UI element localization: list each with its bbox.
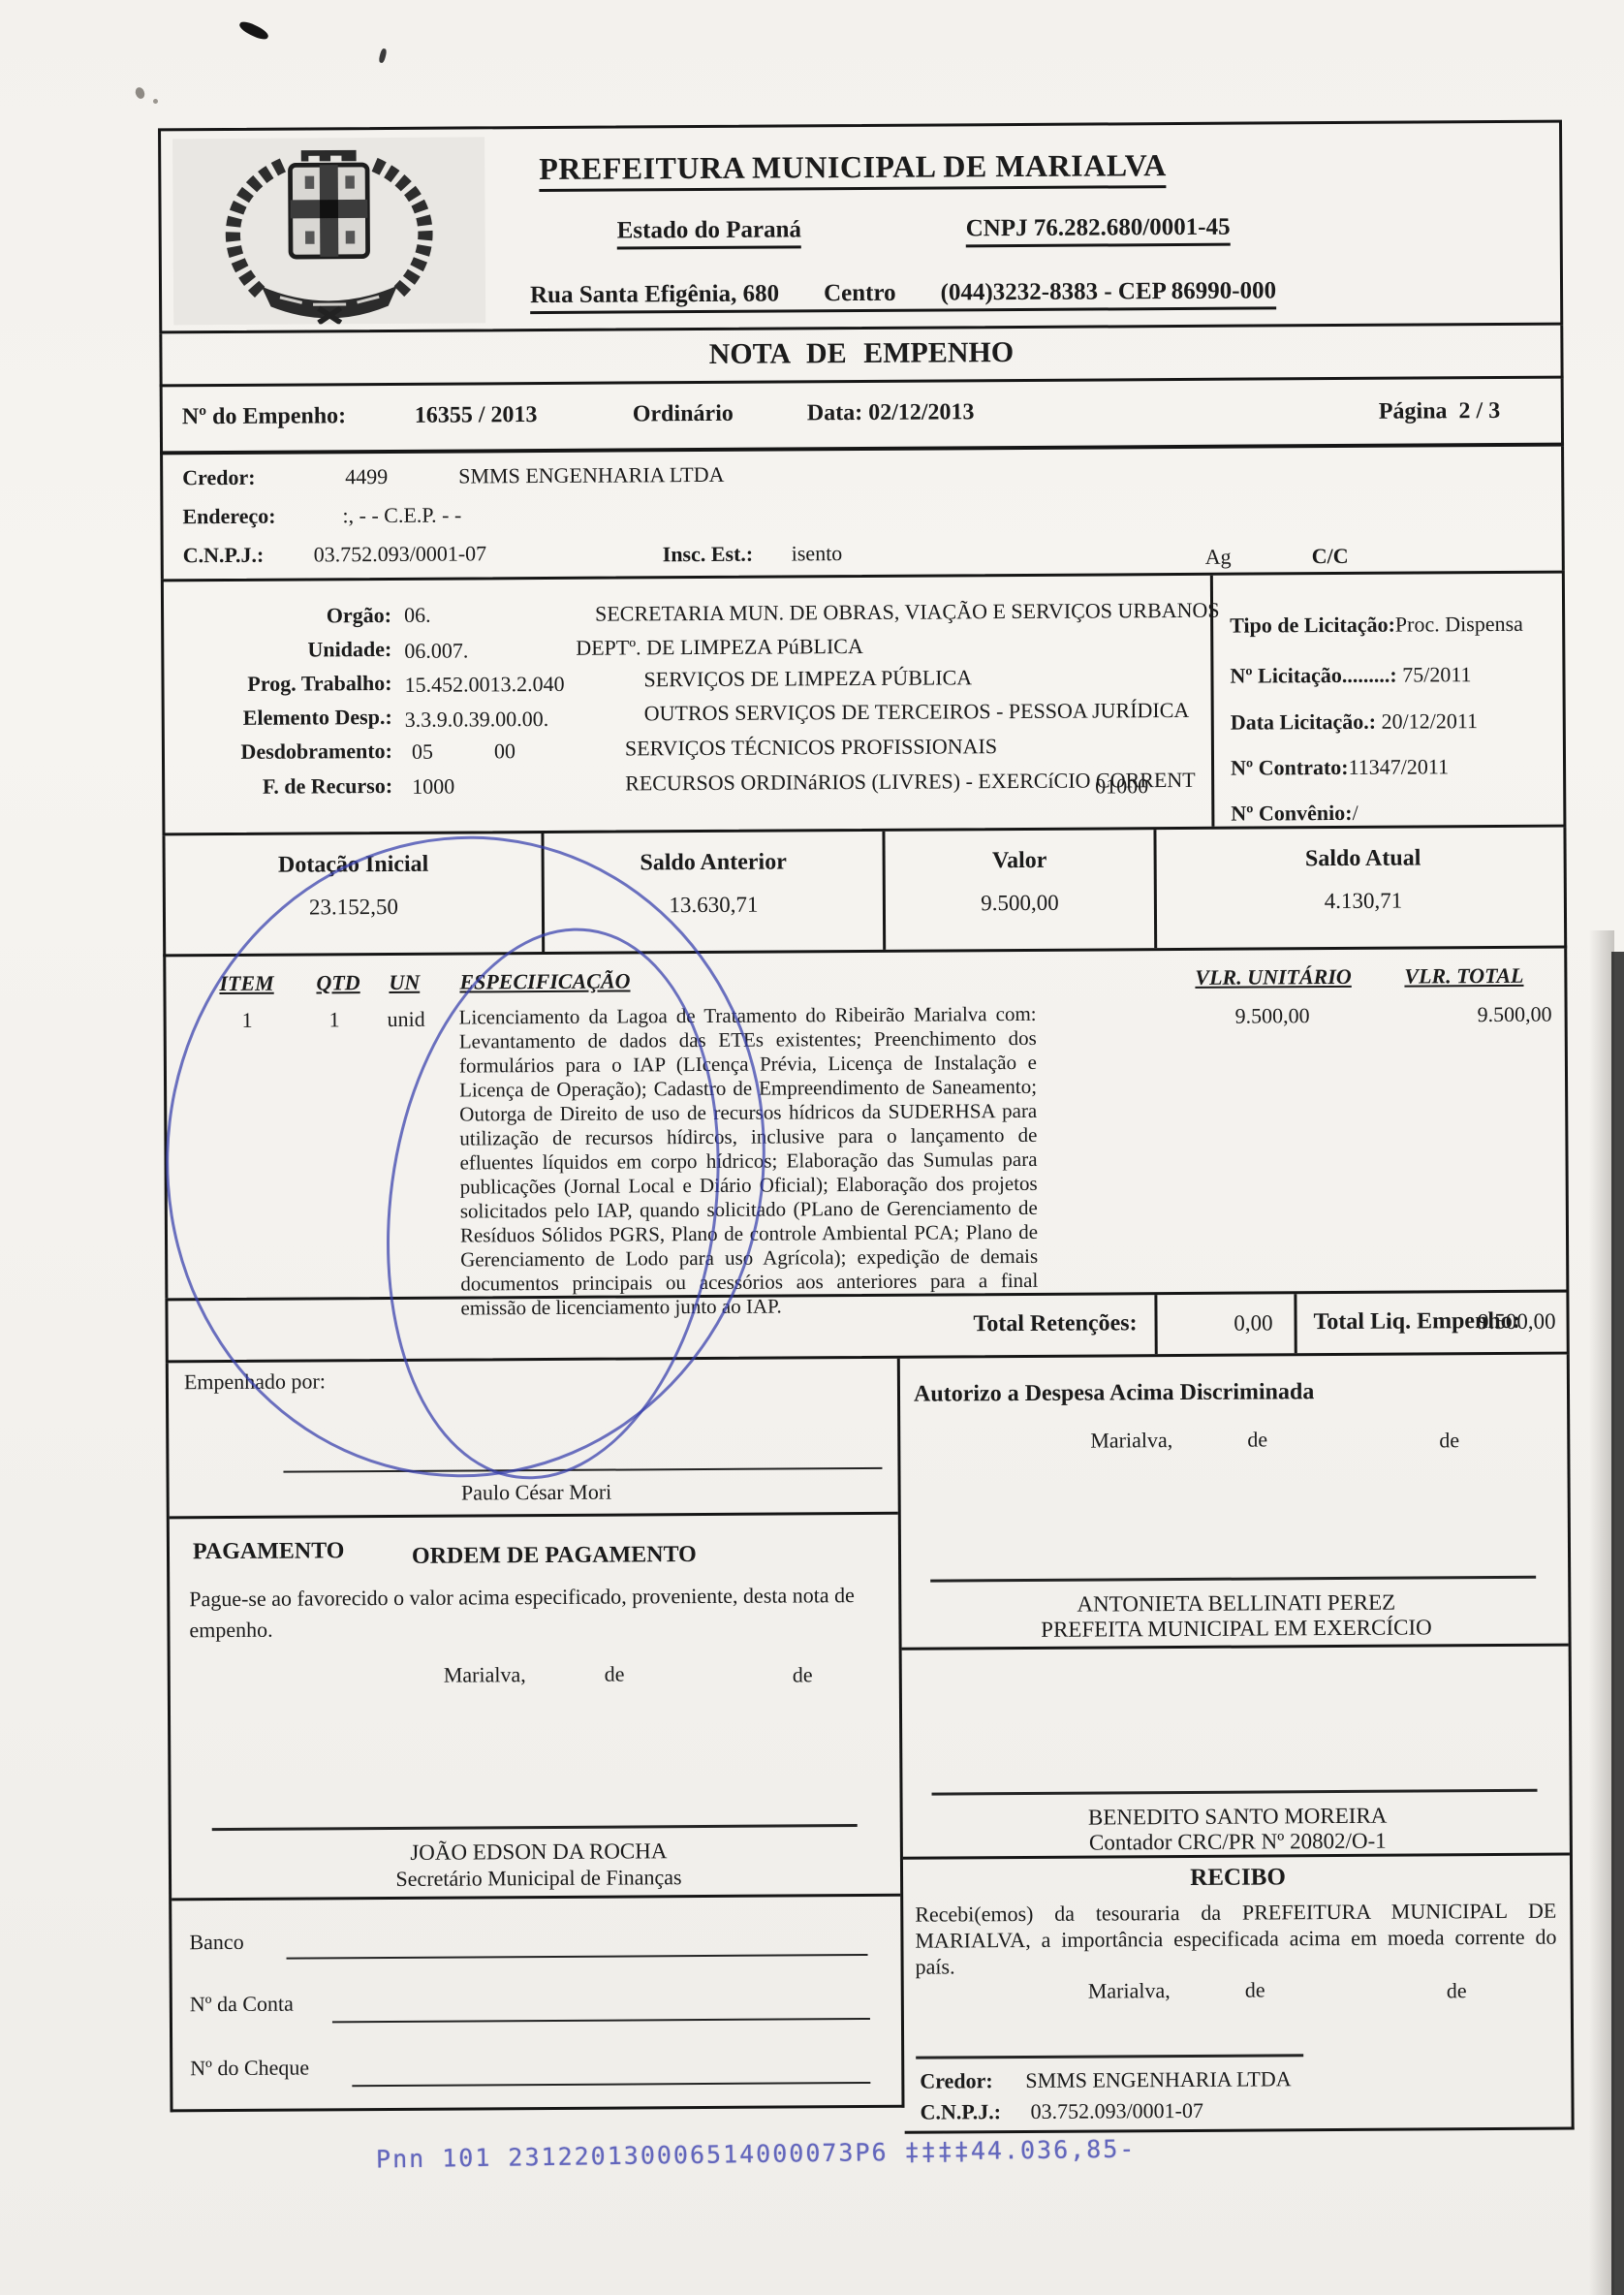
unidade-label: Unidade: (164, 638, 391, 663)
unidade-desc: DEPTº. DE LIMPEZA PúBLICA (576, 635, 863, 660)
empenho-row: Nº do Empenho: 16355 / 2013 Ordinário Da… (160, 379, 1564, 456)
scanned-page: PREFEITURA MUNICIPAL DE MARIALVA Estado … (0, 0, 1624, 2295)
empenhado-signer-name: Paulo César Mori (170, 1479, 904, 1507)
credor-cnpj-label: C.N.P.J.: (183, 544, 265, 568)
banco-fill-line (287, 1954, 868, 1960)
entity-address-line: Rua Santa Efigênia, 680Centro(044)3232-8… (530, 277, 1276, 314)
autorizo-column: Autorizo a Despesa Acima Discriminada Ma… (900, 1355, 1575, 2134)
data-licitacao: Data Licitação.: 20/12/2011 (1231, 709, 1478, 735)
empenhado-signature-line (283, 1467, 882, 1473)
data-licitacao-label: Data Licitação.: (1231, 709, 1376, 735)
saldo-atual-label: Saldo Atual (1157, 845, 1570, 873)
doc-title: NOTA DE EMPENHO (162, 333, 1560, 374)
entity-district: Centro (824, 280, 896, 306)
credor-name: SMMS ENGENHARIA LTDA (458, 463, 724, 488)
contador-signer-role: Contador CRC/PR Nº 20802/O-1 (903, 1828, 1573, 1857)
total-retencoes-label: Total Retenções: (836, 1310, 1137, 1338)
municipal-logo (172, 137, 485, 325)
conta-fill-line (332, 2018, 870, 2023)
contador-signer-name: BENEDITO SANTO MOREIRA (903, 1803, 1573, 1832)
f-recurso-extra: 01000 (1095, 774, 1148, 799)
credor-address: :, - - C.E.P. - - (342, 504, 461, 528)
prefeita-signer-role: PREFEITA MUNICIPAL EM EXERCÍCIO (901, 1615, 1571, 1644)
item-description: Licenciamento da Lagoa de Tratamento do … (459, 1002, 1039, 1321)
cc-label: C/C (1312, 545, 1349, 569)
contador-signature-line (932, 1789, 1538, 1796)
col-qtd-header: QTD (316, 971, 359, 995)
credor-code: 4499 (345, 465, 388, 489)
num-contrato: Nº Contrato:11347/2011 (1231, 755, 1449, 780)
page-value: 2 / 3 (1458, 398, 1500, 424)
num-licitacao-value: 75/2011 (1402, 662, 1471, 686)
prefeita-signature-line (930, 1576, 1536, 1583)
recibo-city: Marialva, (1088, 1979, 1171, 2003)
banco-label: Banco (189, 1931, 243, 1955)
item-un: unid (388, 1008, 425, 1032)
prefeita-signer-name: ANTONIETA BELLINATI PEREZ (901, 1589, 1571, 1619)
pagamento-text: Pague-se ao favorecido o valor acima esp… (189, 1580, 867, 1646)
num-convenio-value: / (1352, 801, 1358, 825)
col-espec-header: ESPECIFICAÇÃO (459, 969, 630, 994)
pagamento-city: Marialva, (444, 1663, 526, 1687)
desdobramento-code: 05 (412, 740, 433, 765)
desdobramento-label: Desdobramento: (165, 739, 392, 765)
col-item-header: ITEM (219, 972, 273, 996)
entity-phone-cep: (044)3232-8383 - CEP 86990-000 (940, 277, 1276, 305)
empenho-date: Data: 02/12/2013 (807, 399, 975, 426)
f-recurso-label: F. de Recurso: (165, 774, 392, 800)
prog-trabalho-label: Prog. Trabalho: (164, 672, 391, 697)
orgao-desc: SECRETARIA MUN. DE OBRAS, VIAÇÃO E SERVI… (595, 599, 1220, 627)
saldo-anterior-value: 13.630,71 (545, 892, 883, 919)
ordem-pagamento-title: ORDEM DE PAGAMENTO (412, 1542, 697, 1570)
recibo-de2: de (1447, 1979, 1467, 2003)
recibo-de1: de (1245, 1978, 1265, 2002)
totals-row: Dotação Inicial 23.152,50 Saldo Anterior… (162, 828, 1567, 958)
empenhado-por-label: Empenhado por: (184, 1369, 326, 1395)
page-indicator: Página 2 / 3 (1379, 398, 1501, 425)
num-convenio: Nº Convênio:/ (1231, 802, 1358, 826)
pagamento-divider-top (170, 1512, 898, 1520)
recibo-cnpj-label: C.N.P.J.: (920, 2100, 1001, 2124)
ink-smudge (237, 19, 270, 43)
scan-edge-shadow (1611, 952, 1624, 2295)
unidade-code: 06.007. (404, 639, 468, 663)
dotacao-inicial-label: Dotação Inicial (166, 851, 542, 879)
recibo-credor-value: SMMS ENGENHARIA LTDA (1025, 2067, 1291, 2092)
insc-est-label: Insc. Est.: (663, 543, 754, 567)
autorizo-de1: de (1247, 1428, 1267, 1452)
conta-label: Nº da Conta (190, 1993, 294, 2017)
num-contrato-value: 11347/2011 (1349, 754, 1450, 779)
coat-of-arms-icon (172, 137, 485, 325)
total-liq-value: 9.500,00 (1369, 1309, 1555, 1336)
f-recurso-code: 1000 (412, 775, 454, 800)
tipo-licitacao: Tipo de Licitação:Proc. Dispensa (1230, 613, 1523, 638)
cheque-fill-line (352, 2082, 870, 2087)
pagamento-title: PAGAMENTO (193, 1538, 345, 1565)
pagamento-column: Empenhado por: Paulo César Mori PAGAMENT… (166, 1359, 905, 2113)
credor-cnpj: 03.752.093/0001-07 (314, 542, 487, 567)
valor-value: 9.500,00 (886, 890, 1154, 916)
item-table: ITEM QTD UN ESPECIFICAÇÃO VLR. UNITÁRIO … (163, 949, 1569, 1299)
pencil-speck (134, 86, 146, 100)
num-contrato-label: Nº Contrato: (1231, 755, 1349, 780)
elemento-desp-code: 3.3.9.0.39.00.00. (405, 707, 549, 733)
finance-signer-role: Secretário Municipal de Finanças (172, 1865, 906, 1893)
autorizo-city: Marialva, (1090, 1429, 1172, 1453)
budget-box: Orgão: 06. SECRETARIA MUN. DE OBRAS, VIA… (161, 571, 1567, 836)
pagamento-divider-bottom (172, 1894, 900, 1902)
desdobramento-code2: 00 (494, 739, 515, 764)
recibo-signature-line (916, 2054, 1303, 2059)
empenho-type: Ordinário (633, 401, 734, 428)
valor-label: Valor (886, 847, 1154, 875)
empenho-date-value: 02/12/2013 (868, 399, 975, 425)
num-convenio-label: Nº Convênio: (1231, 801, 1352, 826)
entity-address: Rua Santa Efigênia, 680 (530, 281, 779, 309)
data-licitacao-value: 20/12/2011 (1381, 708, 1478, 734)
autorizo-de2: de (1439, 1429, 1459, 1453)
entity-cnpj: CNPJ 76.282.680/0001-45 (966, 214, 1231, 248)
credor-block: Credor: 4499 SMMS ENGENHARIA LTDA Endere… (160, 447, 1565, 580)
desdobramento-desc: SERVIÇOS TÉCNICOS PROFISSIONAIS (625, 735, 997, 761)
recibo-text: Recebi(emos) da tesouraria da PREFEITURA… (915, 1898, 1556, 1980)
empenho-number-label: Nº do Empenho: (182, 403, 346, 430)
bank-validation-stamp: Pnn 101 231220130006514000073P6 ‡‡‡‡44.0… (376, 2135, 1137, 2174)
col-vlr-unitario-header: VLR. UNITÁRIO (1195, 965, 1352, 990)
ag-label: Ag (1205, 546, 1232, 570)
finance-signature-line (212, 1824, 858, 1831)
summary-divider-1 (1154, 1295, 1157, 1354)
entity-title: PREFEITURA MUNICIPAL DE MARIALVA (539, 148, 1167, 192)
autorizo-title: Autorizo a Despesa Acima Discriminada (914, 1379, 1314, 1407)
nota-de-empenho-form: PREFEITURA MUNICIPAL DE MARIALVA Estado … (158, 120, 1575, 2139)
dotacao-inicial-value: 23.152,50 (166, 894, 542, 921)
summary-row: Total Retenções: 0,00 Total Liq. Empenho… (165, 1290, 1569, 1364)
recibo-cnpj-value: 03.752.093/0001-07 (1030, 2099, 1203, 2124)
recibo-credor-label: Credor: (920, 2069, 993, 2093)
ink-tick (378, 47, 387, 63)
pencil-speck (153, 99, 158, 104)
empenho-number: 16355 / 2013 (415, 402, 538, 429)
elemento-desp-desc: OUTROS SERVIÇOS DE TERCEIROS - PESSOA JU… (644, 699, 1190, 726)
num-licitacao: Nº Licitação.........: 75/2011 (1230, 663, 1471, 688)
cheque-label: Nº do Cheque (190, 2057, 309, 2081)
saldo-anterior-label: Saldo Anterior (545, 849, 883, 877)
tipo-licitacao-label: Tipo de Licitação: (1230, 613, 1395, 638)
form-header: PREFEITURA MUNICIPAL DE MARIALVA Estado … (158, 120, 1563, 334)
recibo-title: RECIBO (903, 1863, 1573, 1894)
finance-signer-name: JOÃO EDSON DA ROCHA (172, 1838, 906, 1867)
item-vlr-unitario: 9.500,00 (1136, 1004, 1310, 1029)
credor-address-label: Endereço: (182, 505, 275, 529)
doc-title-band: NOTA DE EMPENHO (159, 326, 1563, 388)
entity-state: Estado do Paraná (617, 216, 802, 249)
credor-label: Credor: (182, 466, 256, 490)
summary-divider-2 (1294, 1294, 1296, 1353)
signature-columns: Empenhado por: Paulo César Mori PAGAMENT… (166, 1355, 1575, 2139)
pagamento-de1: de (605, 1663, 625, 1687)
saldo-atual-value: 4.130,71 (1157, 888, 1570, 915)
orgao-code: 06. (404, 604, 431, 628)
page-label: Página (1379, 398, 1448, 424)
pagamento-de2: de (793, 1663, 813, 1687)
elemento-desp-label: Elemento Desp.: (165, 706, 392, 731)
orgao-label: Orgão: (164, 604, 391, 629)
insc-est-value: isento (792, 542, 843, 566)
prog-trabalho-code: 15.452.0013.2.040 (404, 673, 564, 698)
item-qtd: 1 (329, 1008, 340, 1032)
item-vlr-total: 9.500,00 (1378, 1003, 1552, 1028)
tipo-licitacao-value: Proc. Dispensa (1395, 612, 1523, 637)
item-number: 1 (242, 1009, 253, 1033)
total-retencoes-value: 0,00 (1161, 1310, 1272, 1336)
col-un-header: UN (389, 971, 420, 995)
num-licitacao-label: Nº Licitação.........: (1230, 663, 1396, 688)
empenho-date-label: Data: (807, 400, 862, 425)
prog-trabalho-desc: SERVIÇOS DE LIMPEZA PÚBLICA (643, 666, 972, 692)
col-vlr-total-header: VLR. TOTAL (1404, 964, 1523, 989)
autorizo-divider-1 (902, 1644, 1569, 1651)
